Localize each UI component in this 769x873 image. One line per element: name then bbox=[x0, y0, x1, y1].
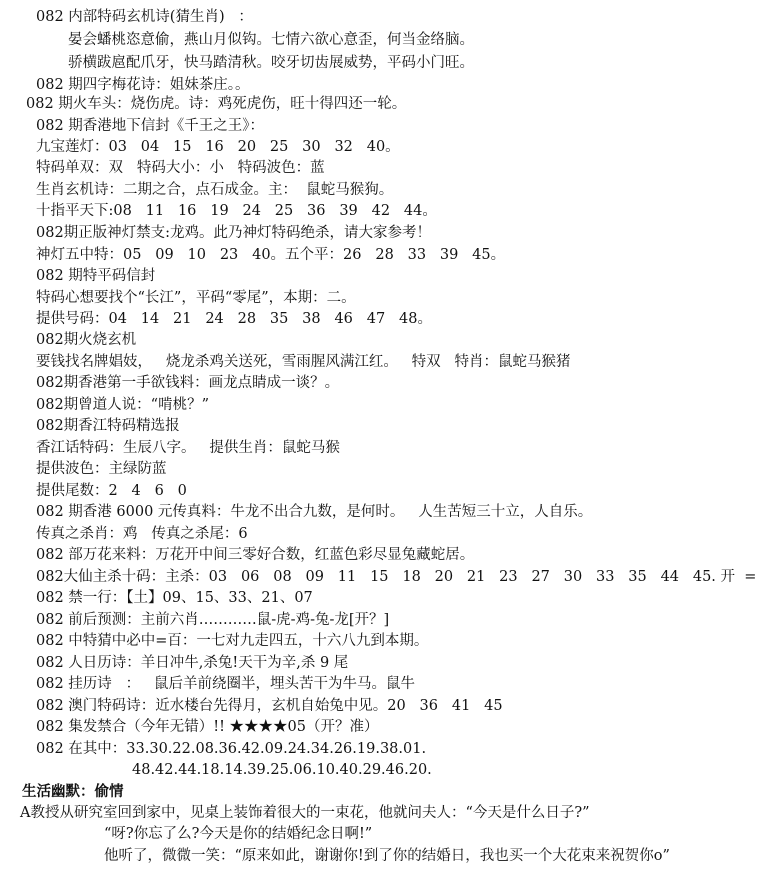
text-line: 082 前后预测：主前六肖…………鼠-虎-鸡-兔-龙[开？] bbox=[36, 611, 389, 629]
text-line: 082 人日历诗：羊日冲牛,杀兔!天干为辛,杀 9 尾 bbox=[36, 654, 348, 672]
text-line: 082 内部特码玄机诗(猜生肖) ： bbox=[36, 8, 253, 26]
text-line: 晏会蟠桃恣意偷，燕山月似钩。七情六欲心意歪，何当金络脑。 bbox=[68, 31, 474, 49]
text-line: 082 澳门特码诗：近水楼台先得月，玄机自始兔中见。20 36 41 45 bbox=[36, 697, 503, 715]
text-line: 082期火烧玄机 bbox=[36, 331, 136, 349]
text-line: 提供号码：04 14 21 24 28 35 38 46 47 48。 bbox=[36, 310, 432, 328]
text-line: 他听了，微微一笑：“原来如此，谢谢你!到了你的结婚日，我也买一个大花束来祝贺你o… bbox=[104, 847, 670, 865]
text-line: 082 禁一行：【土】09、15、33、21、07 bbox=[36, 589, 313, 607]
text-line: 082期香江特码精选报 bbox=[36, 417, 180, 435]
text-line: 082 期香港地下信封《千王之王》： bbox=[36, 117, 264, 135]
text-line: 082 挂历诗 ： 鼠后羊前绕圈半，埋头苦干为牛马。鼠牛 bbox=[36, 675, 415, 693]
text-line: 082 期特平码信封 bbox=[36, 267, 155, 285]
text-line: 传真之杀肖：鸡 传真之杀尾：6 bbox=[36, 525, 248, 543]
text-line: 神灯五中特：05 09 10 23 40。五个平：26 28 33 39 45。 bbox=[36, 246, 505, 264]
text-line: A教授从研究室回到家中，见桌上装饰着很大的一束花，他就问夫人：“今天是什么日子?… bbox=[20, 804, 590, 822]
text-line: 生肖玄机诗：二期之合，点石成金。主： 鼠蛇马猴狗。 bbox=[36, 181, 393, 199]
text-line: 082 中特猜中必中=百：一七对九走四五，十六八九到本期。 bbox=[36, 632, 428, 650]
text-line: 十指平天下:08 11 16 19 24 25 36 39 42 44。 bbox=[36, 202, 437, 220]
text-line: 082期正版神灯禁支:龙鸡。此乃神灯特码绝杀，请大家参考！ bbox=[36, 224, 431, 242]
text-line: 生活幽默：偷情 bbox=[22, 783, 124, 801]
text-line: 提供尾数：2 4 6 0 bbox=[36, 482, 187, 500]
text-line: 082 期香港 6000 元传真料：牛龙不出合九数，是何时。 人生苦短三十立，人… bbox=[36, 503, 592, 521]
text-line: 082 部万花来料：万花开中间三零好合数，红蓝色彩尽显兔藏蛇居。 bbox=[36, 546, 474, 564]
text-line: 082 期四字梅花诗：姐妹茶庄。。 bbox=[36, 76, 250, 94]
text-line: 骄横跋扈配爪牙，快马踏清秋。咬牙切齿展威势，平码小门旺。 bbox=[68, 54, 474, 72]
text-line: 082 在其中：33.30.22.08.36.42.09.24.34.26.19… bbox=[36, 740, 426, 758]
text-line: 082大仙主杀十码：主杀：03 06 08 09 11 15 18 20 21 … bbox=[36, 568, 756, 586]
text-line: 082期香港第一手欲钱料：画龙点睛成一谈？。 bbox=[36, 374, 339, 392]
text-line: 082 期火车头：烧伤虎。诗：鸡死虎伤，旺十得四还一轮。 bbox=[26, 95, 406, 113]
text-line: 特码单双：双 特码大小：小 特码波色：蓝 bbox=[36, 159, 325, 177]
text-line: “呀?你忘了么?今天是你的结婚纪念日啊!” bbox=[104, 825, 372, 843]
text-line: 082 集发禁合（今年无错）!! ★★★★05（开？准） bbox=[36, 718, 379, 736]
text-line: 香江话特码：生辰八字。 提供生肖：鼠蛇马猴 bbox=[36, 439, 340, 457]
text-line: 九宝莲灯：03 04 15 16 20 25 30 32 40。 bbox=[36, 138, 400, 156]
text-line: 082期曾道人说：“啃桃？” bbox=[36, 396, 209, 414]
text-line: 要钱找名牌娼妓， 烧龙杀鸡关送死，雪雨腥风满江红。 特双 特肖：鼠蛇马猴猪 bbox=[36, 353, 570, 371]
text-line: 特码心想要找个“长江”，平码“零尾”，本期：二。 bbox=[36, 289, 356, 307]
text-line: 48.42.44.18.14.39.25.06.10.40.29.46.20. bbox=[132, 761, 432, 779]
text-line: 提供波色：主绿防蓝 bbox=[36, 460, 167, 478]
